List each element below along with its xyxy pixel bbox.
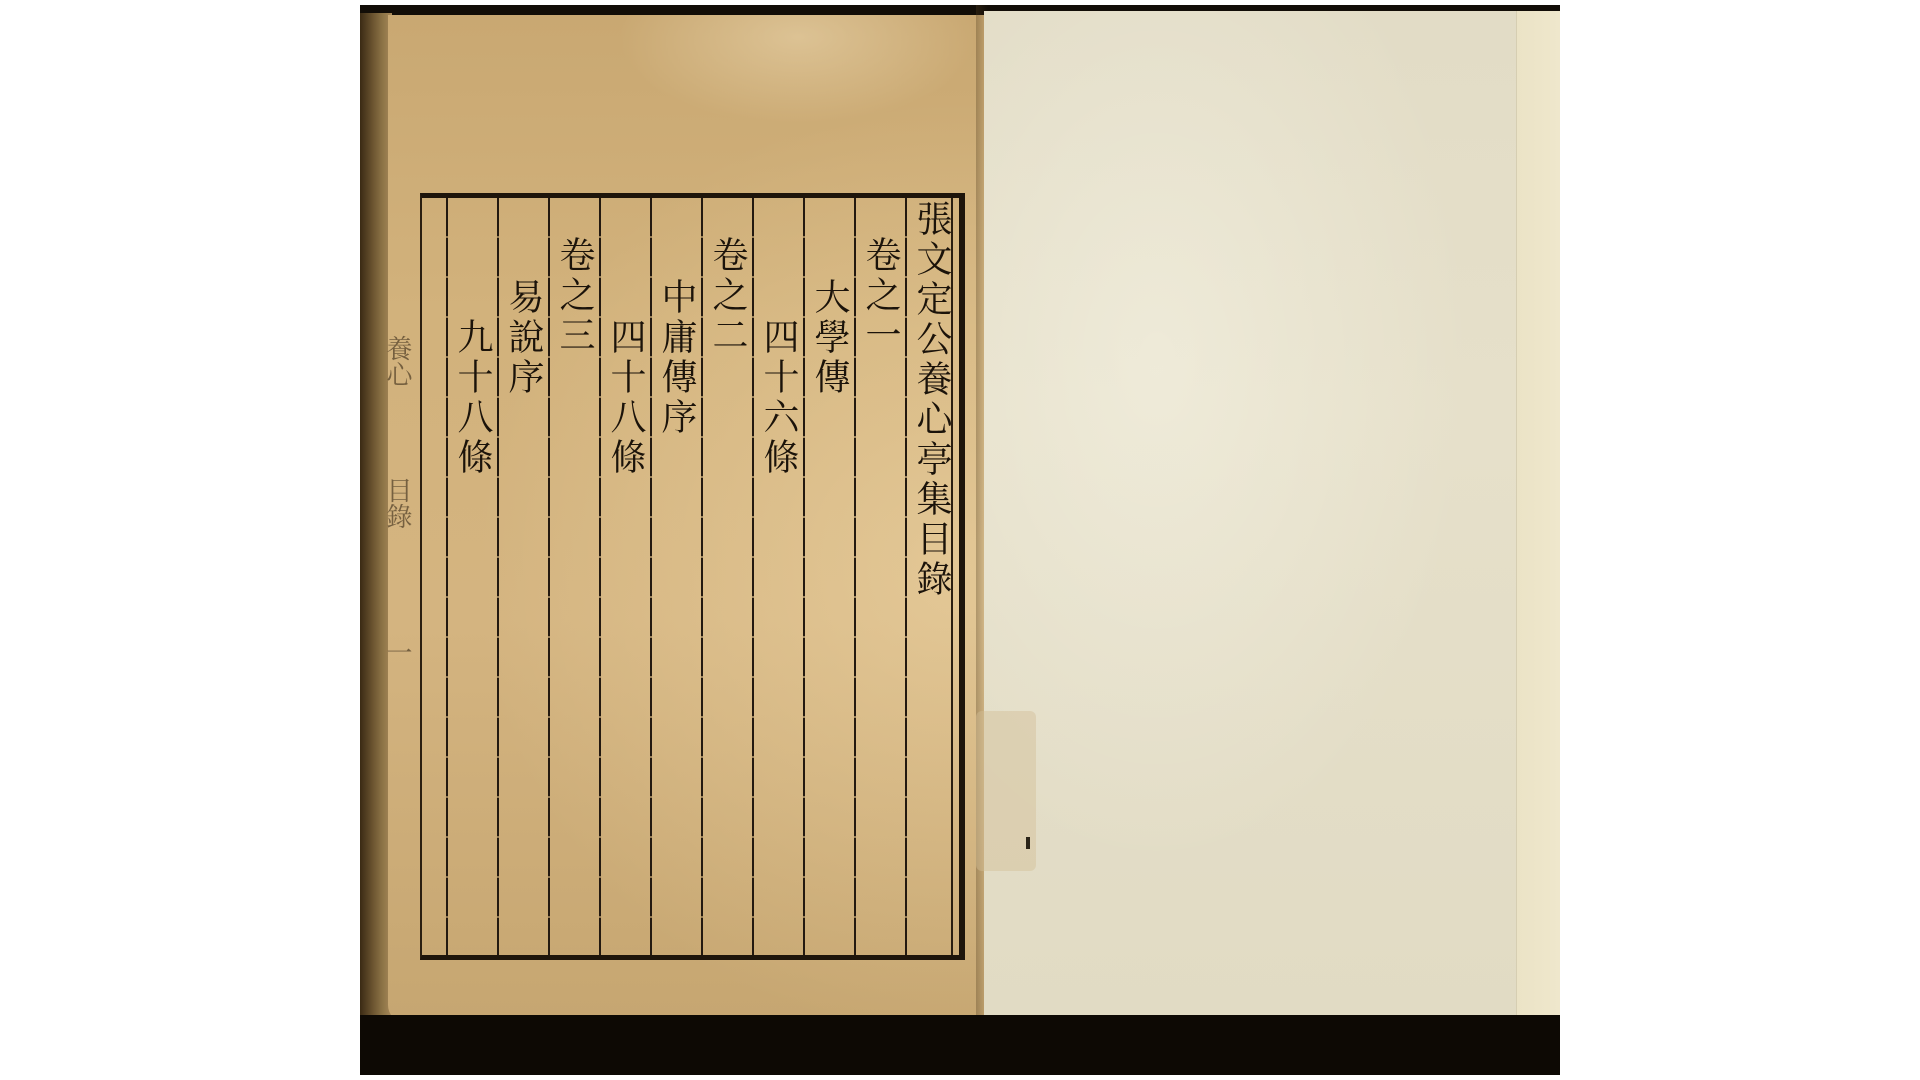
toc-count: 四十八條 [600,198,650,955]
fold-margin-section: 目錄 [382,477,412,529]
fold-margin: 養心 目錄 一 [383,185,411,965]
toc-count: 九十八條 [447,198,497,955]
column-count-1: 四十六條 [753,198,803,955]
column-entry-3: 易說序 [498,198,548,955]
column-entry-2: 中庸傳序 [651,198,701,955]
toc-title: 張文定公養心亭集目錄 [906,198,956,955]
column-volume-3: 卷之三 [549,198,599,955]
column-title: 張文定公養心亭集目錄 [906,198,956,955]
fold-margin-title: 養心 [382,335,412,387]
toc-entry: 大學傳 [804,198,854,955]
column-volume-2: 卷之二 [702,198,752,955]
toc-count: 四十六條 [753,198,803,955]
toc-entry: 中庸傳序 [651,198,701,955]
column-count-3: 九十八條 [447,198,497,955]
column-count-2: 四十八條 [600,198,650,955]
paper-stain [618,15,978,125]
toc-volume: 卷之三 [549,198,599,955]
fold-margin-page-number: 一 [382,639,412,665]
right-page-blank [984,11,1560,1017]
page-edge-strip [1516,11,1560,1017]
column-volume-1: 卷之一 [855,198,905,955]
text-frame: 張文定公養心亭集目錄 卷之一 大學傳 四十六條 卷之二 中庸傳序 四十八條 卷之… [420,193,965,960]
toc-entry: 易說序 [498,198,548,955]
toc-volume: 卷之二 [702,198,752,955]
toc-volume: 卷之一 [855,198,905,955]
column-entry-1: 大學傳 [804,198,854,955]
scan-background-bottom [360,1015,1560,1075]
ink-mark [1026,837,1030,849]
book-scan: 養心 目錄 一 張文定公養心亭集目錄 卷之 [360,5,1560,1075]
